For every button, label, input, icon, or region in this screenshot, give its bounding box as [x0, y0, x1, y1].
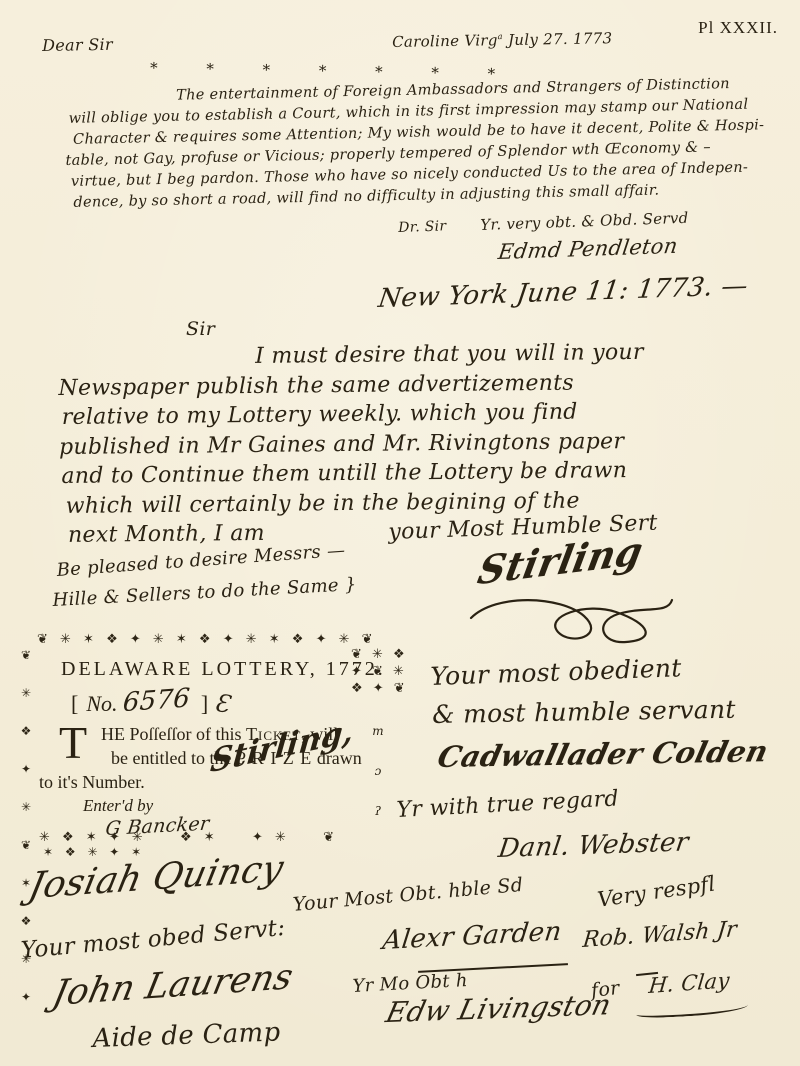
clay-underline	[636, 999, 749, 1019]
pendleton-body: The entertainment of Foreign Ambassadors…	[64, 73, 766, 214]
clay-signature-text: H. Clay	[648, 968, 731, 998]
livingston-signature: Edw Livingston	[386, 988, 611, 1029]
ticket-ornament-border-top: ❦ ✳ ✶ ❖ ✦ ✳ ✶ ❖ ✦ ✳ ✶ ❖ ✦ ✳ ❦	[37, 632, 377, 647]
pendleton-closing-phrase: Yr. very obt. & Obd. Servd	[480, 209, 689, 234]
stirling-salutation: Sir	[186, 318, 215, 340]
colden-signature: Cadwallader Colden	[438, 734, 768, 774]
ticket-number: 6576	[121, 683, 190, 718]
laurens-signature: John Laurens	[52, 957, 294, 1014]
body-line: I must desire that you will in your	[255, 337, 718, 371]
clay-for-label: for	[590, 977, 621, 1002]
dateline-date: July 27. 1773	[503, 29, 613, 49]
stirling-signature-flourish	[466, 588, 676, 646]
ticket-body-line-3: to it's Number.	[39, 772, 145, 793]
ticket-margin-marks: m ɔ ʔ	[371, 724, 385, 824]
bracket-close: ]	[201, 691, 208, 716]
ticket-title: DELAWARE LOTTERY, 1772.	[61, 658, 386, 681]
ticket-ornament-border-bottom-2: ✶ ❖ ✳ ✦ ✶	[43, 845, 145, 859]
livingston-signature-text: Edw Livingston	[383, 988, 615, 1029]
walsh-closing-line: Very respfl	[596, 871, 717, 911]
ticket-dropcap: T	[59, 720, 87, 766]
pendleton-signature: Edmd Pendleton	[498, 234, 678, 264]
laurens-signature-text: John Laurens	[49, 957, 297, 1014]
colden-closing-line-2: & most humble servant	[432, 695, 736, 729]
colden-closing-line-1: Your most obedient	[430, 653, 682, 691]
plate-number: Pl XXXII.	[698, 18, 778, 38]
pendleton-salutation: Dear Sir	[42, 35, 113, 55]
handwritten-mark: Ɛ	[213, 689, 231, 718]
webster-signature-text: Danl. Webster	[496, 827, 690, 864]
walsh-signature-text: Rob. Walsh Jr	[582, 917, 739, 953]
garden-closing-line: Your Most Obt. hble Sd	[292, 874, 524, 916]
ticket-ornament-border-left: ❦ ✳ ❖ ✦ ✳ ❦ ✶ ❖ ✳ ✦	[19, 648, 33, 844]
garden-signature-text: Alexr Garden	[381, 916, 563, 956]
heading-text: New York June 11: 1773. —	[376, 271, 750, 314]
laurens-title: Aide de Camp	[92, 1017, 281, 1054]
facsimile-plate: Pl XXXII. Dear Sir Caroline Virga July 2…	[0, 0, 800, 1066]
stirling-letter-heading: New York June 11: 1773. —	[378, 271, 748, 314]
pendleton-dateline: Caroline Virga July 27. 1773	[392, 29, 613, 51]
ticket-stirling-signature-text: Stirling,	[209, 712, 356, 780]
bracket-open: [	[71, 691, 78, 716]
number-label: No.	[86, 691, 117, 716]
webster-closing-line: Yr with true regard	[396, 786, 619, 823]
webster-signature: Danl. Webster	[498, 827, 689, 864]
dateline-place: Caroline Virg	[392, 31, 498, 51]
walsh-signature: Rob. Walsh Jr	[582, 917, 738, 953]
lottery-ticket: ❦ ✳ ✶ ❖ ✦ ✳ ✶ ❖ ✦ ✳ ✶ ❖ ✦ ✳ ❦ ❦ ✳ ❖ ✦ ✳ …	[25, 632, 425, 860]
ticket-number-line: [No.6576]Ɛ	[71, 688, 231, 718]
colden-signature-text: Cadwallader Colden	[434, 734, 771, 774]
garden-signature: Alexr Garden	[382, 917, 562, 956]
laurens-closing-line: Your most obed Servt:	[20, 915, 286, 964]
clay-signature: H. Clay	[648, 968, 730, 998]
pendleton-signature-text: Edmd Pendleton	[497, 234, 680, 264]
entered-by-label: Enter'd by	[83, 796, 153, 816]
postscript-line-2: Hille & Sellers to do the Same }	[52, 574, 357, 611]
pendleton-closing-salute: Dr. Sir	[398, 218, 447, 236]
